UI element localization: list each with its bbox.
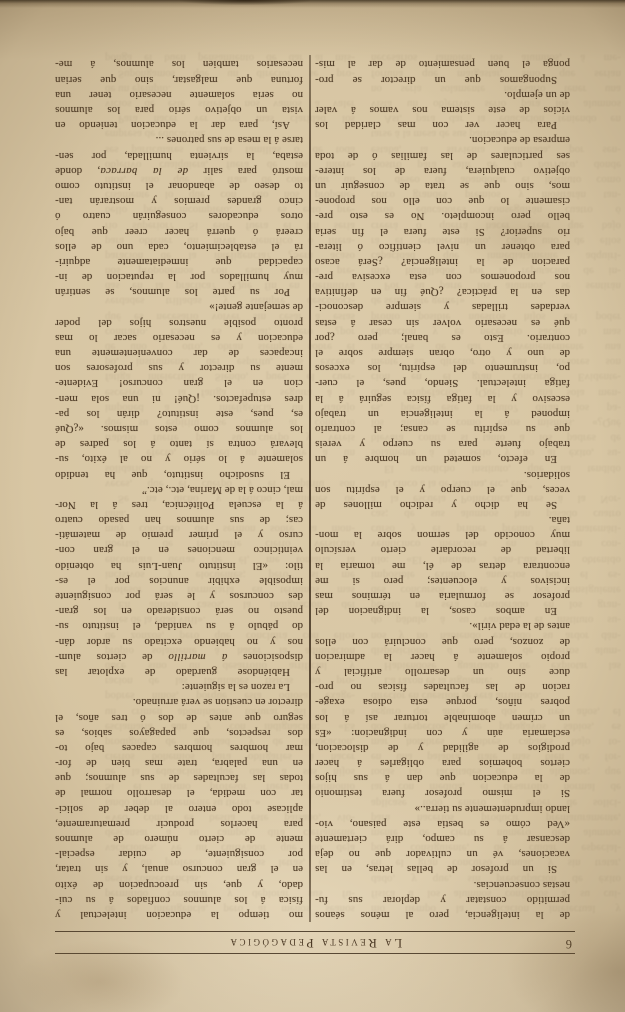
- column-divider: [310, 55, 312, 922]
- text-line: encontrara detras de él, me tomaria la: [315, 558, 570, 573]
- text-line: escesivo y la fatiga física seguirá á la: [315, 390, 570, 405]
- text-line: vista un objetivo sério para los alumnos: [55, 102, 303, 117]
- text-line: qué es necesario volver sin cesar á esta…: [315, 315, 570, 330]
- text-line: mostró para salir de la barraca, donde: [55, 163, 303, 178]
- text-line: mente de cierto número de alumnos: [55, 831, 303, 846]
- text-line: blevará contra sí tanto á los padres de: [55, 436, 303, 451]
- text-line: en una palabra, trate mas bien de for-: [55, 755, 303, 770]
- text-line: to deseo de abandonar el instituto como: [55, 178, 303, 193]
- text-line: libertad de recordarle cierto versículo: [315, 542, 570, 557]
- text-line: dres estupefactos. ¡Qué! ni una sola men…: [55, 390, 303, 405]
- text-line: nestas consecuencias.: [315, 876, 570, 891]
- text-line: es, pues, este instituto? dirán los pa-: [55, 406, 303, 421]
- scanned-page: mo tiempo la educacion intelectual yfísi…: [0, 0, 625, 1012]
- text-line: cinco grandes premios y mostrarán tan-: [55, 193, 303, 208]
- text-line: mar hombres hombres capaces bajo to-: [55, 740, 303, 755]
- text-line: Para hacer ver con mas claridad los: [315, 117, 570, 132]
- text-line: contrario. Esto es banal; pero ¿por: [315, 330, 570, 345]
- text-line: estaba, la sirvienta humillada, por sen-: [55, 147, 303, 162]
- printed-sheet: mo tiempo la educacion intelectual yfísi…: [0, 0, 625, 1012]
- text-line: La razon es la siguiente:: [55, 679, 303, 694]
- column-2: mo tiempo la educacion intelectual yfísi…: [55, 55, 303, 922]
- text-line: muy conocido del sermon sobre la mon-: [315, 527, 570, 542]
- text-line: ponga el buen pensamiento de dar al mis-: [315, 56, 570, 71]
- text-line: rá el establecimiento, cada uno de ellos: [55, 239, 303, 254]
- text-line: seguro que antes de dos ó tres años, el: [55, 709, 303, 724]
- text-line: imponed á la inteligencia un trabajo: [315, 406, 570, 421]
- page-body: de la inteligencia, pero al ménos séanos…: [55, 55, 570, 922]
- text-line: lando imprudentemente su tierra..»: [315, 801, 570, 816]
- text-line: des concursos y le será por consiguiente: [55, 588, 303, 603]
- text-line: que su espíritu se cansa; al contrario: [315, 421, 570, 436]
- text-line: muy humillados por la reputacion de in-: [55, 269, 303, 284]
- text-line: incisivos y elocuentes; pero si me: [315, 573, 570, 588]
- text-line: pobres niños, porque esta odiosa exage-: [315, 694, 570, 709]
- text-line: aplicase todo entero al deber de solici-: [55, 801, 303, 816]
- text-line: duce sino un desarrollo artificial y: [315, 664, 570, 679]
- text-line: mal, cinco á la de Marina, etc., etc.”: [55, 482, 303, 497]
- text-line: propio solamente á hacer la admiracion: [315, 649, 570, 664]
- running-head: 6 La Revista Pedagógica: [55, 931, 575, 954]
- text-line: Si un profesor de bellas letras, en las: [315, 861, 570, 876]
- text-line: antes de la edad viril».: [315, 618, 570, 633]
- text-line: bello pero incompleto. No es esto pre-: [315, 208, 570, 223]
- text-line: tilo: «El instituto Juan-Luis ha obtenid…: [55, 558, 303, 573]
- text-line: do pábulo á su vanidad, el instituto su-: [55, 618, 303, 633]
- text-line: descansar á su campo, dirá ciertamente: [315, 831, 570, 846]
- text-line: mos, sino que se trata de conseguir un: [315, 178, 570, 193]
- text-line: incapaces de dar convenientemente una: [55, 345, 303, 360]
- text-line: dado, y que, sin preocupacion de éxito: [55, 876, 303, 891]
- text-line: Por su parte los alumnos, se sentirán: [55, 284, 303, 299]
- text-line: vacaciones, vé un cultivador que no deja: [315, 846, 570, 861]
- text-line: cisamente lo que con ello nos propone-: [315, 193, 570, 208]
- text-line: Si el mismo profesor fuera testimonio: [315, 785, 570, 800]
- text-line: de la inteligencia, pero al ménos séanos: [315, 907, 570, 922]
- text-line: director en cuestion se verá arruinado.: [55, 694, 303, 709]
- text-line: para hacerlos producir prematuramente,: [55, 816, 303, 831]
- text-line: cion en el gran concurso! Evidente-: [55, 375, 303, 390]
- text-line: Supongamos que un director se pro-: [315, 72, 570, 87]
- text-line: todas las facultades de sus alumnos; que: [55, 770, 303, 785]
- text-line: los alumnos como estos mismos. «¿Qué: [55, 421, 303, 436]
- text-line: vicios de este sistema nos vamos á valer: [315, 102, 570, 117]
- text-line: por consiguiente, de cuidar especial-: [55, 846, 303, 861]
- text-line: curso y el primer premio de matemáti-: [55, 527, 303, 542]
- text-line: fatiga intelectual. Siendo, pues, el cue…: [315, 375, 570, 390]
- text-line: Habiéndose guardado de explotar las: [55, 664, 303, 679]
- text-line: taña.: [315, 512, 570, 527]
- text-line: veinticinco menciones en el gran con-: [55, 542, 303, 557]
- text-line: Así, para dar la educacion teniendo en: [55, 117, 303, 132]
- text-line: En ambos casos, la indignacion del: [315, 603, 570, 618]
- text-line: de uno y otro, obran siempre sobre el: [315, 345, 570, 360]
- text-line: nos y no habiendo excitado su ardor dán-: [55, 633, 303, 648]
- text-line: mente su director y sus profesores son: [55, 360, 303, 375]
- text-line: trabajo fuerte para su cuerpo y vereis: [315, 436, 570, 451]
- text-line: educacion y es necesario sacar lo mas: [55, 330, 303, 345]
- text-line: verdades trilladas y siempre desconoci-: [315, 299, 570, 314]
- text-line: en el gran concurso anual, y sin tratar,: [55, 861, 303, 876]
- text-line: á la escuela Politécnica, tres á la Nor-: [55, 497, 303, 512]
- text-line: un crímen abominable torturar así á los: [315, 709, 570, 724]
- text-line: pronto posible nuestros hijos del poder: [55, 315, 303, 330]
- text-line: de zonzos, pero que concluirá con ellos: [315, 633, 570, 648]
- text-line: prodigios de agilidad y de dislocacion,: [315, 740, 570, 755]
- column-1: de la inteligencia, pero al ménos séanos…: [315, 55, 570, 922]
- text-line: das en la práctica? ¿Qué fin en definiti…: [315, 284, 570, 299]
- text-line: de un ejemplo.: [315, 87, 570, 102]
- text-line: imposible exhibir anuncios por el es-: [55, 573, 303, 588]
- text-line: solidarios.: [315, 466, 570, 481]
- text-line: cas; de sus alumnos han pasado cuatro: [55, 512, 303, 527]
- text-line: capacidad que inmediatamente adquiri-: [55, 254, 303, 269]
- text-line: no seria solamente necesario tener una: [55, 87, 303, 102]
- text-line: «Ved cómo es bestia este paisano, vio-: [315, 816, 570, 831]
- text-line: solamente á lo sério y no al éxito, su-: [55, 451, 303, 466]
- text-line: para obtener un nivel científico ó liter…: [315, 239, 570, 254]
- text-line: profesor se formularia en términos mas: [315, 588, 570, 603]
- journal-title: La Revista Pedagógica: [55, 935, 575, 951]
- text-line: otros educadores conseguirán cuatro ó: [55, 208, 303, 223]
- text-line: disposiciones á martillo de ciertos alum…: [55, 649, 303, 664]
- text-line: empresa de educacion.: [315, 132, 570, 147]
- text-line: física á los alumnos confiados á su cui-: [55, 892, 303, 907]
- text-line: paracion de la inteligencia? ¿Será acaso: [315, 254, 570, 269]
- text-line: mo tiempo la educacion intelectual y: [55, 907, 303, 922]
- text-line: puesto no será considerado en los gran-: [55, 603, 303, 618]
- text-line: po, instrumento del espíritu, los exceso…: [315, 360, 570, 375]
- text-line: necesarios tambien los alumnos, á me-: [55, 56, 303, 71]
- text-line: ses particulares de las familias ó de to…: [315, 147, 570, 162]
- text-line: tarse á la mesa de sus patrones ...: [55, 132, 303, 147]
- text-line: tar con medida, el desarrollo normal de: [55, 785, 303, 800]
- text-line: racion de las facultades físicas no pro-: [315, 679, 570, 694]
- text-line: veces, que el cuerpo y el espíritu son: [315, 482, 570, 497]
- text-line: creerá ó querrá hacer creer que bajo: [55, 223, 303, 238]
- text-line: nos proponemos con esta excesiva pre-: [315, 269, 570, 284]
- text-line: dos respectos, que papagayos sabios, es: [55, 725, 303, 740]
- text-line: ciertos bohemios para obligarles á hacer: [315, 755, 570, 770]
- text-line: rio superior? Si este fuera el fin seria: [315, 223, 570, 238]
- text-line: En efecto, someted un hombre á un: [315, 451, 570, 466]
- text-line: de semejante gente!»: [55, 299, 303, 314]
- text-line: fortuna que malgastar, sino que serian: [55, 72, 303, 87]
- text-line: El susodicho instituto, que ha tendido: [55, 466, 303, 481]
- text-line: de la educacion que dan á sus hijos: [315, 770, 570, 785]
- text-line: permitido constatar y deplorar sus fu-: [315, 892, 570, 907]
- text-line: Se ha dicho y redicho millones de: [315, 497, 570, 512]
- text-line: objetivo cualquiera, fuera de los intere…: [315, 163, 570, 178]
- text-line: esclamaria aún y con indignacion: «Es: [315, 725, 570, 740]
